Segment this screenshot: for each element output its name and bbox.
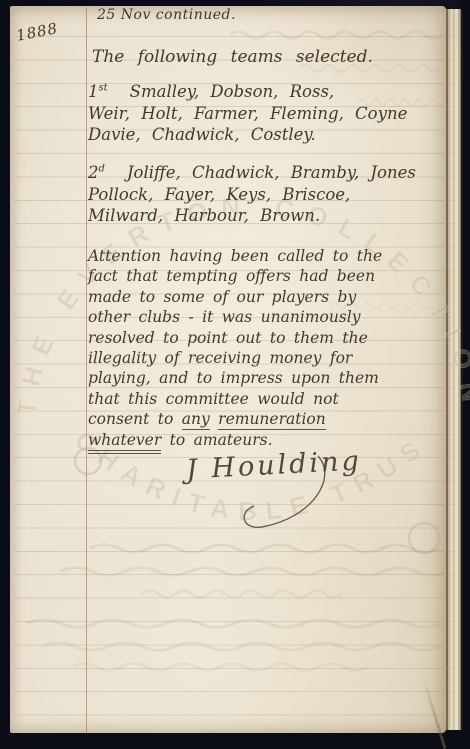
team-1-line-2: Weir, Holt, Farmer, Fleming, Coyne [88,104,407,126]
resolution-line: that this committee would not [88,389,382,409]
team-2-line-3: Milward, Harbour, Brown. [88,206,416,228]
team-1-line-1: 1stSmalley, Dobson, Ross, [88,82,407,104]
handwriting-layer: 25 Nov continued. 1888 The following tea… [0,0,470,740]
margin-year: 1888 [15,19,60,45]
team-2-names: Joliffe, Chadwick, Bramby, Jones [127,163,416,182]
team-1-list: 1stSmalley, Dobson, Ross, Weir, Holt, Fa… [88,82,407,147]
team-1-line-3: Davie, Chadwick, Costley. [88,125,407,147]
resolution-line: playing, and to impress upon them [88,368,382,388]
resolution-line: illegality of receiving money for [88,348,382,368]
date-continued-note: 25 Nov continued. [97,7,236,23]
team-2-line-2: Pollock, Fayer, Keys, Briscoe, [88,185,416,207]
intro-line: The following teams selected. [92,47,373,67]
resolution-line: resolved to point out to them the [88,328,382,348]
team-2-line-1: 2dJoliffe, Chadwick, Bramby, Jones [88,163,416,185]
resolution-line: fact that tempting offers had been [88,266,382,286]
resolution-line: made to some of our players by [88,287,382,307]
resolution-paragraph: Attention having been called to the fact… [88,246,382,450]
resolution-line-underlined: consent to any remuneration [88,409,382,429]
resolution-line: Attention having been called to the [88,246,382,266]
team-2-list: 2dJoliffe, Chadwick, Bramby, Jones Pollo… [88,163,416,228]
underlined-word-remuneration: remuneration [218,410,326,430]
resolution-line: other clubs - it was unanimously [88,307,382,327]
signature-flourish [150,440,370,540]
team-1-ordinal: 1st [88,82,108,101]
team-1-names: Smalley, Dobson, Ross, [130,82,335,101]
scanned-minute-book-page: { "page": { "header_note": "25 Nov conti… [0,0,470,740]
team-2-ordinal: 2d [88,163,105,182]
underlined-word-any: any [182,410,210,430]
